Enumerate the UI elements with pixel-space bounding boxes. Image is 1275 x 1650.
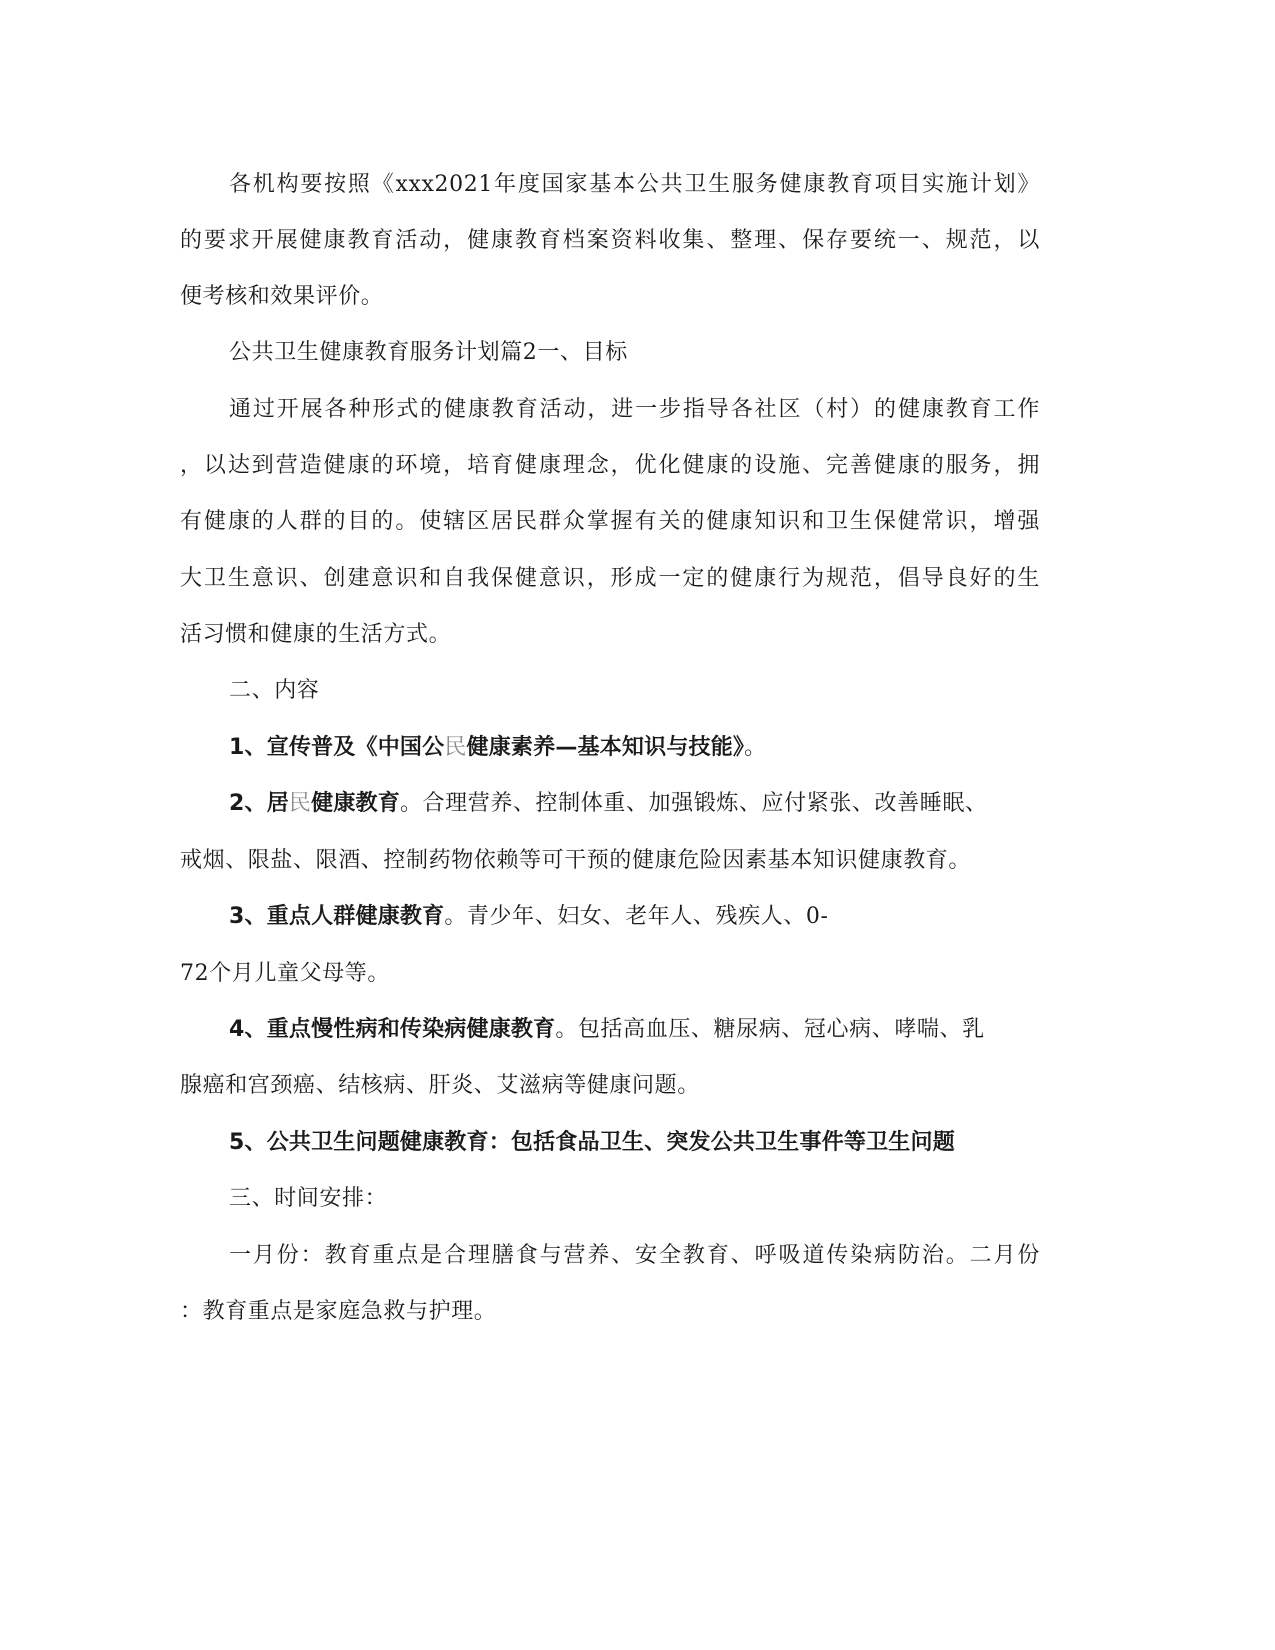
paragraph-goals-line-1: 通过开展各种形式的健康教育活动，进一步指导各社区（村）的健康教育工作 [229,392,1040,428]
content-item-1-text: 。 [744,735,767,760]
paragraph-goals-line-5: 活习惯和健康的生活方式。 [180,617,1040,653]
content-item-1: 1、宣传普及《中国公民健康素养—基本知识与技能》。 [229,730,1040,766]
paragraph-implementation-line-2: 的要求开展健康教育活动，健康教育档案资料收集、整理、保存要统一、规范，以 [180,223,1040,259]
content-item-1-title-a: 1、宣传普及《中国公 [229,735,444,760]
paragraph-goals-line-4: 大卫生意识、创建意识和自我保健意识，形成一定的健康行为规范，倡导良好的生 [180,561,1040,597]
section-heading-content: 二、内容 [229,673,1040,709]
content-item-3-title: 3、重点人群健康教育 [229,904,444,929]
paragraph-schedule-line-2: ：教育重点是家庭急救与护理。 [180,1294,1040,1330]
paragraph-goals-line-2: ，以达到营造健康的环境，培育健康理念，优化健康的设施、完善健康的服务，拥 [180,448,1040,484]
paragraph-schedule-line-1: 一月份：教育重点是合理膳食与营养、安全教育、呼吸道传染病防治。二月份 [229,1238,1040,1274]
content-item-2-line-2: 戒烟、限盐、限酒、控制药物依赖等可干预的健康危险因素基本知识健康教育。 [180,843,1040,879]
content-item-2-title-b: 健康教育 [311,791,400,816]
content-item-3: 3、重点人群健康教育。青少年、妇女、老年人、残疾人、0- [229,899,1040,935]
section-heading-schedule: 三、时间安排： [229,1181,1040,1217]
content-item-2-text: 。合理营养、控制体重、加强锻炼、应付紧张、改善睡眠、 [400,791,988,816]
content-item-5: 5、公共卫生问题健康教育：包括食品卫生、突发公共卫生事件等卫生问题 [229,1125,1040,1161]
content-item-5-title: 5、公共卫生问题健康教育：包括食品卫生、突发公共卫生事件等卫生问题 [229,1130,955,1155]
content-item-3-text: 。青少年、妇女、老年人、残疾人、0- [444,904,828,929]
paragraph-implementation-line-3: 便考核和效果评价。 [180,279,1040,315]
content-item-4-text: 。包括高血压、糖尿病、冠心病、哮喘、乳 [555,1017,984,1042]
content-item-4: 4、重点慢性病和传染病健康教育。包括高血压、糖尿病、冠心病、哮喘、乳 [229,1012,1040,1048]
content-item-4-title: 4、重点慢性病和传染病健康教育 [229,1017,555,1042]
content-item-2-ghost-char: 民 [289,791,311,816]
content-item-2-title-a: 2、居 [229,791,289,816]
paragraph-goals-line-3: 有健康的人群的目的。使辖区居民群众掌握有关的健康知识和卫生保健常识，增强 [180,504,1040,540]
content-item-4-line-2: 腺癌和宫颈癌、结核病、肝炎、艾滋病等健康问题。 [180,1068,1040,1104]
content-item-2: 2、居民健康教育。合理营养、控制体重、加强锻炼、应付紧张、改善睡眠、 [229,786,1040,822]
content-item-1-title-b: 健康素养—基本知识与技能》 [467,735,745,760]
document-page: 各机构要按照《xxx2021年度国家基本公共卫生服务健康教育项目实施计划》 的要… [0,0,1275,1650]
content-item-3-line-2: 72个月儿童父母等。 [180,956,1040,992]
section-heading-goals: 公共卫生健康教育服务计划篇2一、目标 [229,335,1040,371]
paragraph-implementation-line-1: 各机构要按照《xxx2021年度国家基本公共卫生服务健康教育项目实施计划》 [229,167,1040,203]
content-item-1-ghost-char: 民 [444,735,466,760]
